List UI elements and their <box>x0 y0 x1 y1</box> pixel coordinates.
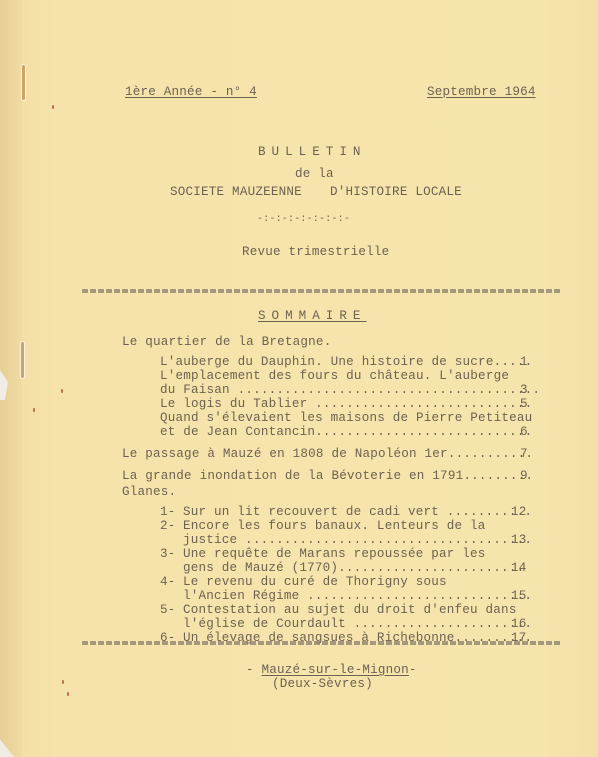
staple-hole-top <box>22 65 25 100</box>
toc-entry-text: Le logis du Tablier ....................… <box>160 397 532 411</box>
toc-entry-text: L'emplacement des fours du château. L'au… <box>160 369 509 383</box>
double-rule-top <box>82 289 560 293</box>
toc-entry-text: La grande inondation de la Bévoterie en … <box>122 469 533 483</box>
toc-page-number: 3 <box>520 383 528 397</box>
entry-number: 4- <box>160 575 176 589</box>
toc-entry-text: l'église de Courdault ..................… <box>183 617 532 631</box>
rust-mark <box>52 105 54 109</box>
double-rule-bottom <box>82 641 560 645</box>
entry-number: 3- <box>160 547 176 561</box>
subtitle: Revue trimestrielle <box>242 245 389 259</box>
toc-page-number: 9 <box>520 469 528 483</box>
toc-entry-text: Encore les fours banaux. Lenteurs de la <box>183 519 486 533</box>
toc-page-number: 6 <box>520 425 528 439</box>
toc-entry-text: Sur un lit recouvert de cadi vert ......… <box>183 505 532 519</box>
toc-entry-text: l'Ancien Régime ........................… <box>183 589 532 603</box>
section-title-bretagne: Le quartier de la Bretagne. <box>122 335 331 349</box>
toc-page-number: 7 <box>520 447 528 461</box>
toc-entry-text: Quand s'élevaient les maisons de Pierre … <box>160 411 532 425</box>
toc-page-number: 15 <box>511 589 527 603</box>
footer-dash-left: - <box>246 663 262 677</box>
footer-place: Mauzé-sur-le-Mignon <box>262 663 409 677</box>
toc-entry-text: et de Jean Contancin....................… <box>160 425 532 439</box>
toc-entry-text: L'auberge du Dauphin. Une histoire de su… <box>160 355 532 369</box>
issue-date: Septembre 1964 <box>427 85 536 99</box>
society-name-right: D'HISTOIRE LOCALE <box>330 185 462 199</box>
issue-number: 1ère Année - n° 4 <box>125 85 257 99</box>
toc-page-number: 14 <box>511 561 527 575</box>
toc-entry-text: du Faisan ..............................… <box>160 383 540 397</box>
toc-entry-text: gens de Mauzé (1770)....................… <box>183 561 524 575</box>
toc-entry-text: Le passage à Mauzé en 1808 de Napoléon 1… <box>122 447 533 461</box>
summary-heading: SOMMAIRE <box>258 309 366 323</box>
rust-mark <box>61 389 63 393</box>
entry-number: 5- <box>160 603 176 617</box>
footer-dash-right: - <box>409 663 417 677</box>
section-title-glanes: Glanes. <box>122 485 176 499</box>
toc-page-number: 5 <box>520 397 528 411</box>
rust-mark <box>67 692 69 696</box>
toc-page-number: 12 <box>511 505 527 519</box>
toc-entry-text: Contestation au sujet du droit d'enfeu d… <box>183 603 517 617</box>
toc-page-number: 16 <box>511 617 527 631</box>
footer-region: (Deux-Sèvres) <box>272 677 373 691</box>
toc-entry-text: justice ................................… <box>183 533 532 547</box>
toc-entry-text: Le revenu du curé de Thorigny sous <box>183 575 447 589</box>
toc-page-number: 13 <box>511 533 527 547</box>
entry-number: 1- <box>160 505 176 519</box>
staple-hole-middle <box>21 342 24 378</box>
masthead-de-la: de la <box>295 167 334 181</box>
rust-mark <box>62 680 64 684</box>
ornament-divider: -:-:-:-:-:-:-:- <box>257 214 350 225</box>
footer-place-line: - Mauzé-sur-le-Mignon- <box>246 663 417 677</box>
rust-mark <box>33 408 35 412</box>
bulletin-title: BULLETIN <box>258 145 366 159</box>
toc-entry-text: Une requête de Marans repoussée par les <box>183 547 486 561</box>
entry-number: 2- <box>160 519 176 533</box>
toc-page-number: 1 <box>520 355 528 369</box>
society-name-left: SOCIETE MAUZEENNE <box>170 185 302 199</box>
